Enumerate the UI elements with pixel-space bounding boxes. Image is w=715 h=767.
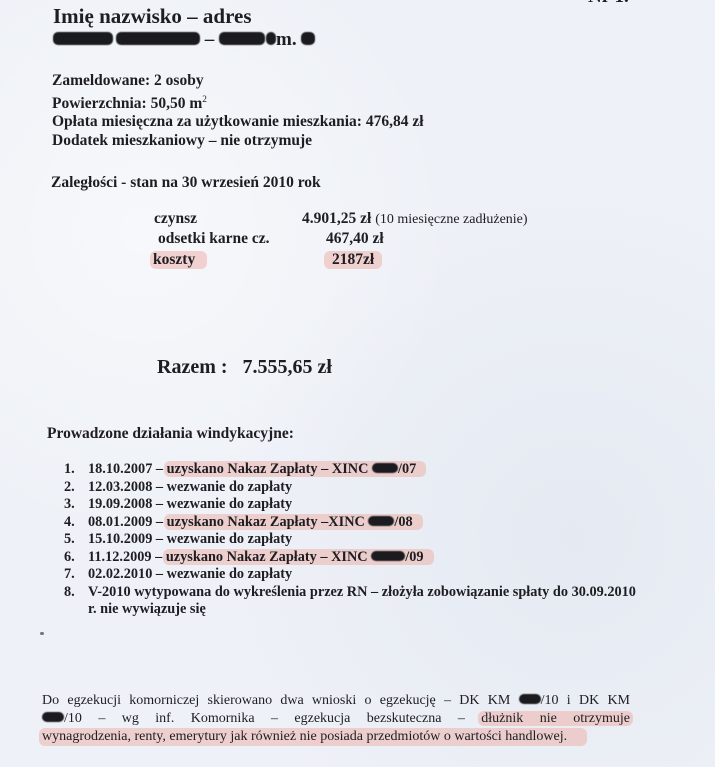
action-date: 12.03.2008 <box>88 479 152 495</box>
footer-line: wynagrodzenia, renty, emerytury jak równ… <box>39 728 587 746</box>
monthly-fee: Opłata miesięczna za użytkowanie mieszka… <box>52 113 424 132</box>
action-date: 02.02.2010 <box>88 566 152 582</box>
address-separator: – <box>200 29 219 50</box>
action-item: 4.08.01.2009 – uzyskano Nakaz Zapłaty –X… <box>64 514 648 532</box>
footer-text: Do egzekucji komorniczej skierowano dwa … <box>42 693 519 708</box>
debt-note: (10 miesięczne zadłużenie) <box>375 212 527 227</box>
action-text: wezwanie do zapłaty <box>167 566 292 582</box>
action-date: 19.09.2008 <box>88 496 152 512</box>
actions-heading: Prowadzone działania windykacyjne: <box>47 425 294 443</box>
footer-text: /10 – wg inf. Komornika – egzekucja bezs… <box>64 711 481 726</box>
housing-allowance: Dodatek mieszkaniowy – nie otrzymuje <box>52 132 424 151</box>
action-item: 6.11.12.2009 – uzyskano Nakaz Zapłaty – … <box>64 549 648 567</box>
action-date: 08.01.2009 <box>88 514 152 530</box>
action-item: 8.V-2010 wytypowana do wykreślenia przez… <box>64 584 648 619</box>
action-item: 1.18.10.2007 – uzyskano Nakaz Zapłaty – … <box>64 461 648 479</box>
footer-line: Do egzekucji komorniczej skierowano dwa … <box>42 692 630 710</box>
action-date: 15.10.2009 <box>88 531 152 547</box>
action-description: uzyskano Nakaz Zapłaty – XINC /07 <box>164 461 427 477</box>
action-text: uzyskano Nakaz Zapłaty – XINC <box>166 549 371 565</box>
redacted-case-number <box>372 463 398 473</box>
action-description: uzyskano Nakaz Zapłaty – XINC /09 <box>163 549 434 565</box>
action-text: uzyskano Nakaz Zapłaty –XINC <box>167 514 369 530</box>
action-description: uzyskano Nakaz Zapłaty –XINC /08 <box>164 514 423 530</box>
case-year-suffix: /09 <box>405 549 423 565</box>
action-item: 3.19.09.2008 – wezwanie do zapłaty <box>64 496 648 514</box>
action-number: 3. <box>64 496 75 514</box>
action-separator: – <box>152 496 166 512</box>
action-date: 11.12.2009 <box>88 549 152 565</box>
action-separator: – <box>152 531 166 547</box>
enforcement-note: Do egzekucji komorniczej skierowano dwa … <box>42 692 630 746</box>
action-text: uzyskano Nakaz Zapłaty – XINC <box>167 461 372 477</box>
action-date: 18.10.2007 <box>88 461 152 477</box>
action-separator: – <box>152 479 166 495</box>
action-description: wytypowana do wykreślenia przez RN – zło… <box>88 584 636 618</box>
redacted-apartment <box>301 32 315 46</box>
case-year-suffix: /07 <box>398 461 416 477</box>
action-item: 7.02.02.2010 – wezwanie do zapłaty <box>64 566 648 584</box>
area-text: Powierzchnia: 50,50 m <box>52 95 202 112</box>
collection-actions-list: 1.18.10.2007 – uzyskano Nakaz Zapłaty – … <box>64 461 648 619</box>
scan-speck <box>40 632 44 635</box>
action-number: 1. <box>64 461 75 479</box>
arrears-heading: Zaległości - stan na 30 wrzesień 2010 ro… <box>51 174 321 192</box>
action-date: V-2010 <box>88 584 131 600</box>
action-separator: – <box>152 566 166 582</box>
total-amount: Razem : 7.555,65 zł <box>157 356 332 379</box>
page-number: Nr 1. <box>588 0 629 8</box>
action-description: wezwanie do zapłaty <box>167 479 292 495</box>
debt-label: odsetki karne cz. <box>158 230 270 248</box>
apartment-area: Powierzchnia: 50,50 m2 <box>52 91 424 114</box>
redacted-case-number <box>42 712 64 722</box>
action-number: 6. <box>64 549 75 567</box>
action-description: wezwanie do zapłaty <box>167 531 292 547</box>
redacted-street <box>219 32 265 46</box>
action-item: 5.15.10.2009 – wezwanie do zapłaty <box>64 531 648 549</box>
redacted-first-name <box>53 32 113 46</box>
redacted-last-name <box>116 32 200 46</box>
total-value: 7.555,65 zł <box>243 356 332 378</box>
action-description: wezwanie do zapłaty <box>167 496 292 512</box>
debt-value: 2187zł <box>324 251 382 269</box>
area-unit-superscript: 2 <box>202 95 207 105</box>
redacted-address: – m. <box>53 29 315 51</box>
footer-text: /10 i DK KM <box>541 693 630 708</box>
action-number: 8. <box>64 584 75 602</box>
action-number: 7. <box>64 566 75 584</box>
debt-value: 467,40 zł <box>326 230 384 248</box>
footer-highlight: dłużnik nie otrzymuje <box>478 711 633 726</box>
registered-persons: Zameldowane: 2 osoby <box>52 72 424 91</box>
redacted-case-number <box>371 551 405 561</box>
apartment-info: Zameldowane: 2 osoby Powierzchnia: 50,50… <box>52 72 424 150</box>
debt-label: koszty <box>150 251 207 269</box>
action-description: wezwanie do zapłaty <box>167 566 292 582</box>
footer-line: /10 – wg inf. Komornika – egzekucja bezs… <box>42 710 630 728</box>
action-text: wezwanie do zapłaty <box>167 531 292 547</box>
redacted-number <box>266 32 276 46</box>
action-text: wezwanie do zapłaty <box>167 479 292 495</box>
debt-label: czynsz <box>154 210 197 228</box>
action-item: 2.12.03.2008 – wezwanie do zapłaty <box>64 479 648 497</box>
redacted-case-number <box>368 516 394 526</box>
redacted-case-number <box>519 694 541 704</box>
debt-value: 4.901,25 zł (10 miesięczne zadłużenie) <box>302 210 528 228</box>
action-text: wytypowana do wykreślenia przez RN – zło… <box>88 584 636 618</box>
action-number: 2. <box>64 479 75 497</box>
debt-amount: 4.901,25 zł <box>302 210 371 227</box>
action-number: 4. <box>64 514 75 532</box>
action-text: wezwanie do zapłaty <box>167 496 292 512</box>
total-label: Razem : <box>157 356 228 378</box>
action-number: 5. <box>64 531 75 549</box>
document-title: Imię nazwisko – adres <box>53 4 252 29</box>
case-year-suffix: /08 <box>394 514 412 530</box>
apartment-prefix: m. <box>276 29 301 50</box>
